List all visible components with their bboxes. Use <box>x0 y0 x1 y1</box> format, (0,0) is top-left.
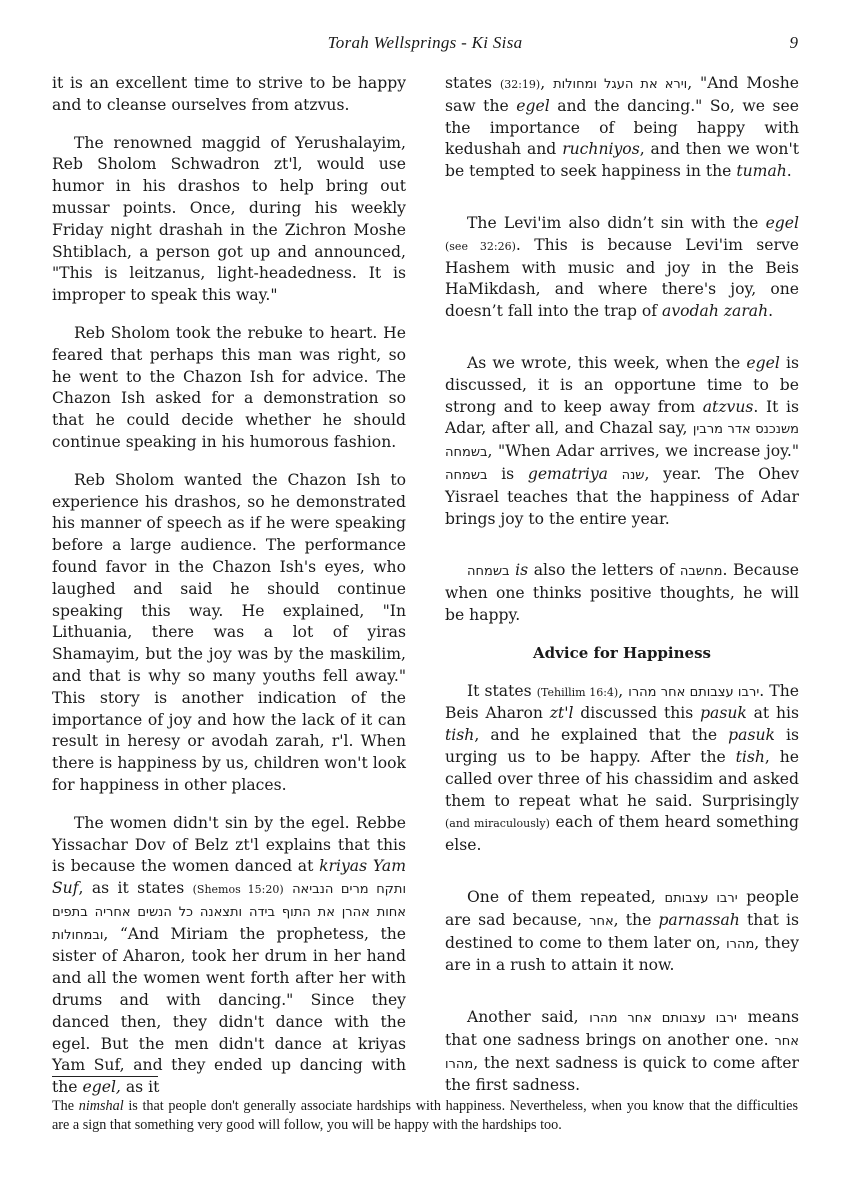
running-header: Torah Wellsprings - Ki Sisa 9 <box>52 33 798 57</box>
paragraph-leviim: The Levi'im also didn’t sin with the ege… <box>445 213 799 323</box>
paragraph-adar: As we wrote, this week, when the egel is… <box>445 353 799 530</box>
citation: (see 32:26) <box>445 240 516 253</box>
paragraph-beis-aharon: It states (Tehillim 16:4), ירבו עצבותם א… <box>445 681 799 857</box>
citation: (Shemos 15:20) <box>193 883 284 896</box>
paragraph-machshavah: בשמחה is also the letters of מחשבה. Beca… <box>445 560 799 626</box>
paragraph-women-egel: The women didn't sin by the egel. Rebbe … <box>52 813 406 1099</box>
hebrew-quote: וירא את העגל ומחולות <box>553 77 687 92</box>
right-column: states (32:19), וירא את העגל ומחולות, "A… <box>445 73 799 1113</box>
footnote: The nimshal is that people don't general… <box>52 1097 798 1134</box>
left-column: it is an excellent time to strive to be … <box>52 73 406 1115</box>
paragraph-second-interpretation: Another said, ירבו עצבותם אחר מהרו means… <box>445 1007 799 1097</box>
hebrew-quote: ירבו עצבותם אחר מהרו <box>628 685 759 700</box>
paragraph-demonstration: Reb Sholom wanted the Chazon Ish to expe… <box>52 470 406 797</box>
paragraph-schwadron: The renowned maggid of Yerushalayim, Reb… <box>52 133 406 307</box>
paragraph-moshe-saw: states (32:19), וירא את העגל ומחולות, "A… <box>445 73 799 183</box>
book-title: Torah Wellsprings - Ki Sisa <box>52 33 798 53</box>
paragraph-continuation: it is an excellent time to strive to be … <box>52 73 406 117</box>
paragraph-rebuke: Reb Sholom took the rebuke to heart. He … <box>52 323 406 454</box>
paragraph-first-interpretation: One of them repeated, ירבו עצבותם people… <box>445 887 799 977</box>
citation: (32:19) <box>500 78 540 91</box>
section-heading: Advice for Happiness <box>445 643 799 665</box>
citation: (Tehillim 16:4) <box>537 686 619 699</box>
footnote-divider <box>52 1076 158 1077</box>
page-number: 9 <box>790 33 799 53</box>
